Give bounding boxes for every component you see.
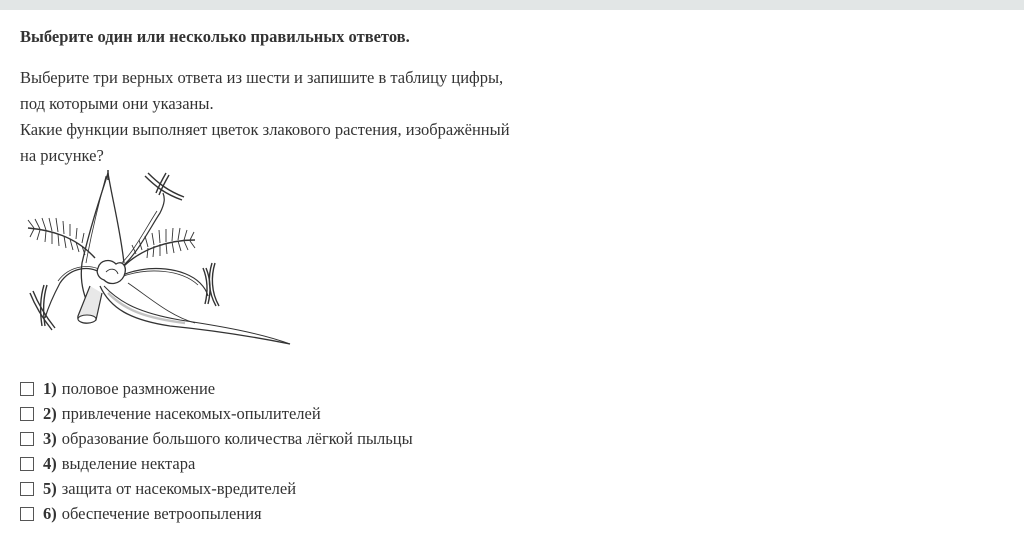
option-text: половое размножение <box>62 379 215 399</box>
option-text: защита от насекомых-вредителей <box>62 479 296 499</box>
checkbox[interactable] <box>20 482 34 496</box>
question-line: под которыми они указаны. <box>20 91 1000 117</box>
answer-option-6[interactable]: 6) обеспечение ветроопыления <box>20 501 413 526</box>
task-content: Выберите один или несколько правильных о… <box>20 26 1000 169</box>
answer-option-1[interactable]: 1) половое размножение <box>20 376 413 401</box>
checkbox[interactable] <box>20 382 34 396</box>
option-number: 6) <box>43 504 57 524</box>
option-number: 5) <box>43 479 57 499</box>
grass-flower-illustration-icon <box>20 168 305 348</box>
answer-option-4[interactable]: 4) выделение нектара <box>20 451 413 476</box>
question-line: на рисунке? <box>20 143 1000 169</box>
question-text: Выберите три верных ответа из шести и за… <box>20 65 1000 169</box>
answer-options: 1) половое размножение 2) привлечение на… <box>20 376 413 526</box>
option-text: обеспечение ветроопыления <box>62 504 262 524</box>
answer-option-3[interactable]: 3) образование большого количества лёгко… <box>20 426 413 451</box>
checkbox[interactable] <box>20 432 34 446</box>
checkbox[interactable] <box>20 457 34 471</box>
question-line: Выберите три верных ответа из шести и за… <box>20 65 1000 91</box>
option-number: 3) <box>43 429 57 449</box>
checkbox[interactable] <box>20 507 34 521</box>
option-number: 4) <box>43 454 57 474</box>
option-text: выделение нектара <box>62 454 196 474</box>
task-instruction: Выберите один или несколько правильных о… <box>20 26 1000 48</box>
question-line: Какие функции выполняет цветок злакового… <box>20 117 1000 143</box>
checkbox[interactable] <box>20 407 34 421</box>
answer-option-2[interactable]: 2) привлечение насекомых-опылителей <box>20 401 413 426</box>
option-text: образование большого количества лёгкой п… <box>62 429 413 449</box>
top-bar <box>0 0 1024 10</box>
answer-option-5[interactable]: 5) защита от насекомых-вредителей <box>20 476 413 501</box>
option-number: 2) <box>43 404 57 424</box>
option-number: 1) <box>43 379 57 399</box>
option-text: привлечение насекомых-опылителей <box>62 404 321 424</box>
